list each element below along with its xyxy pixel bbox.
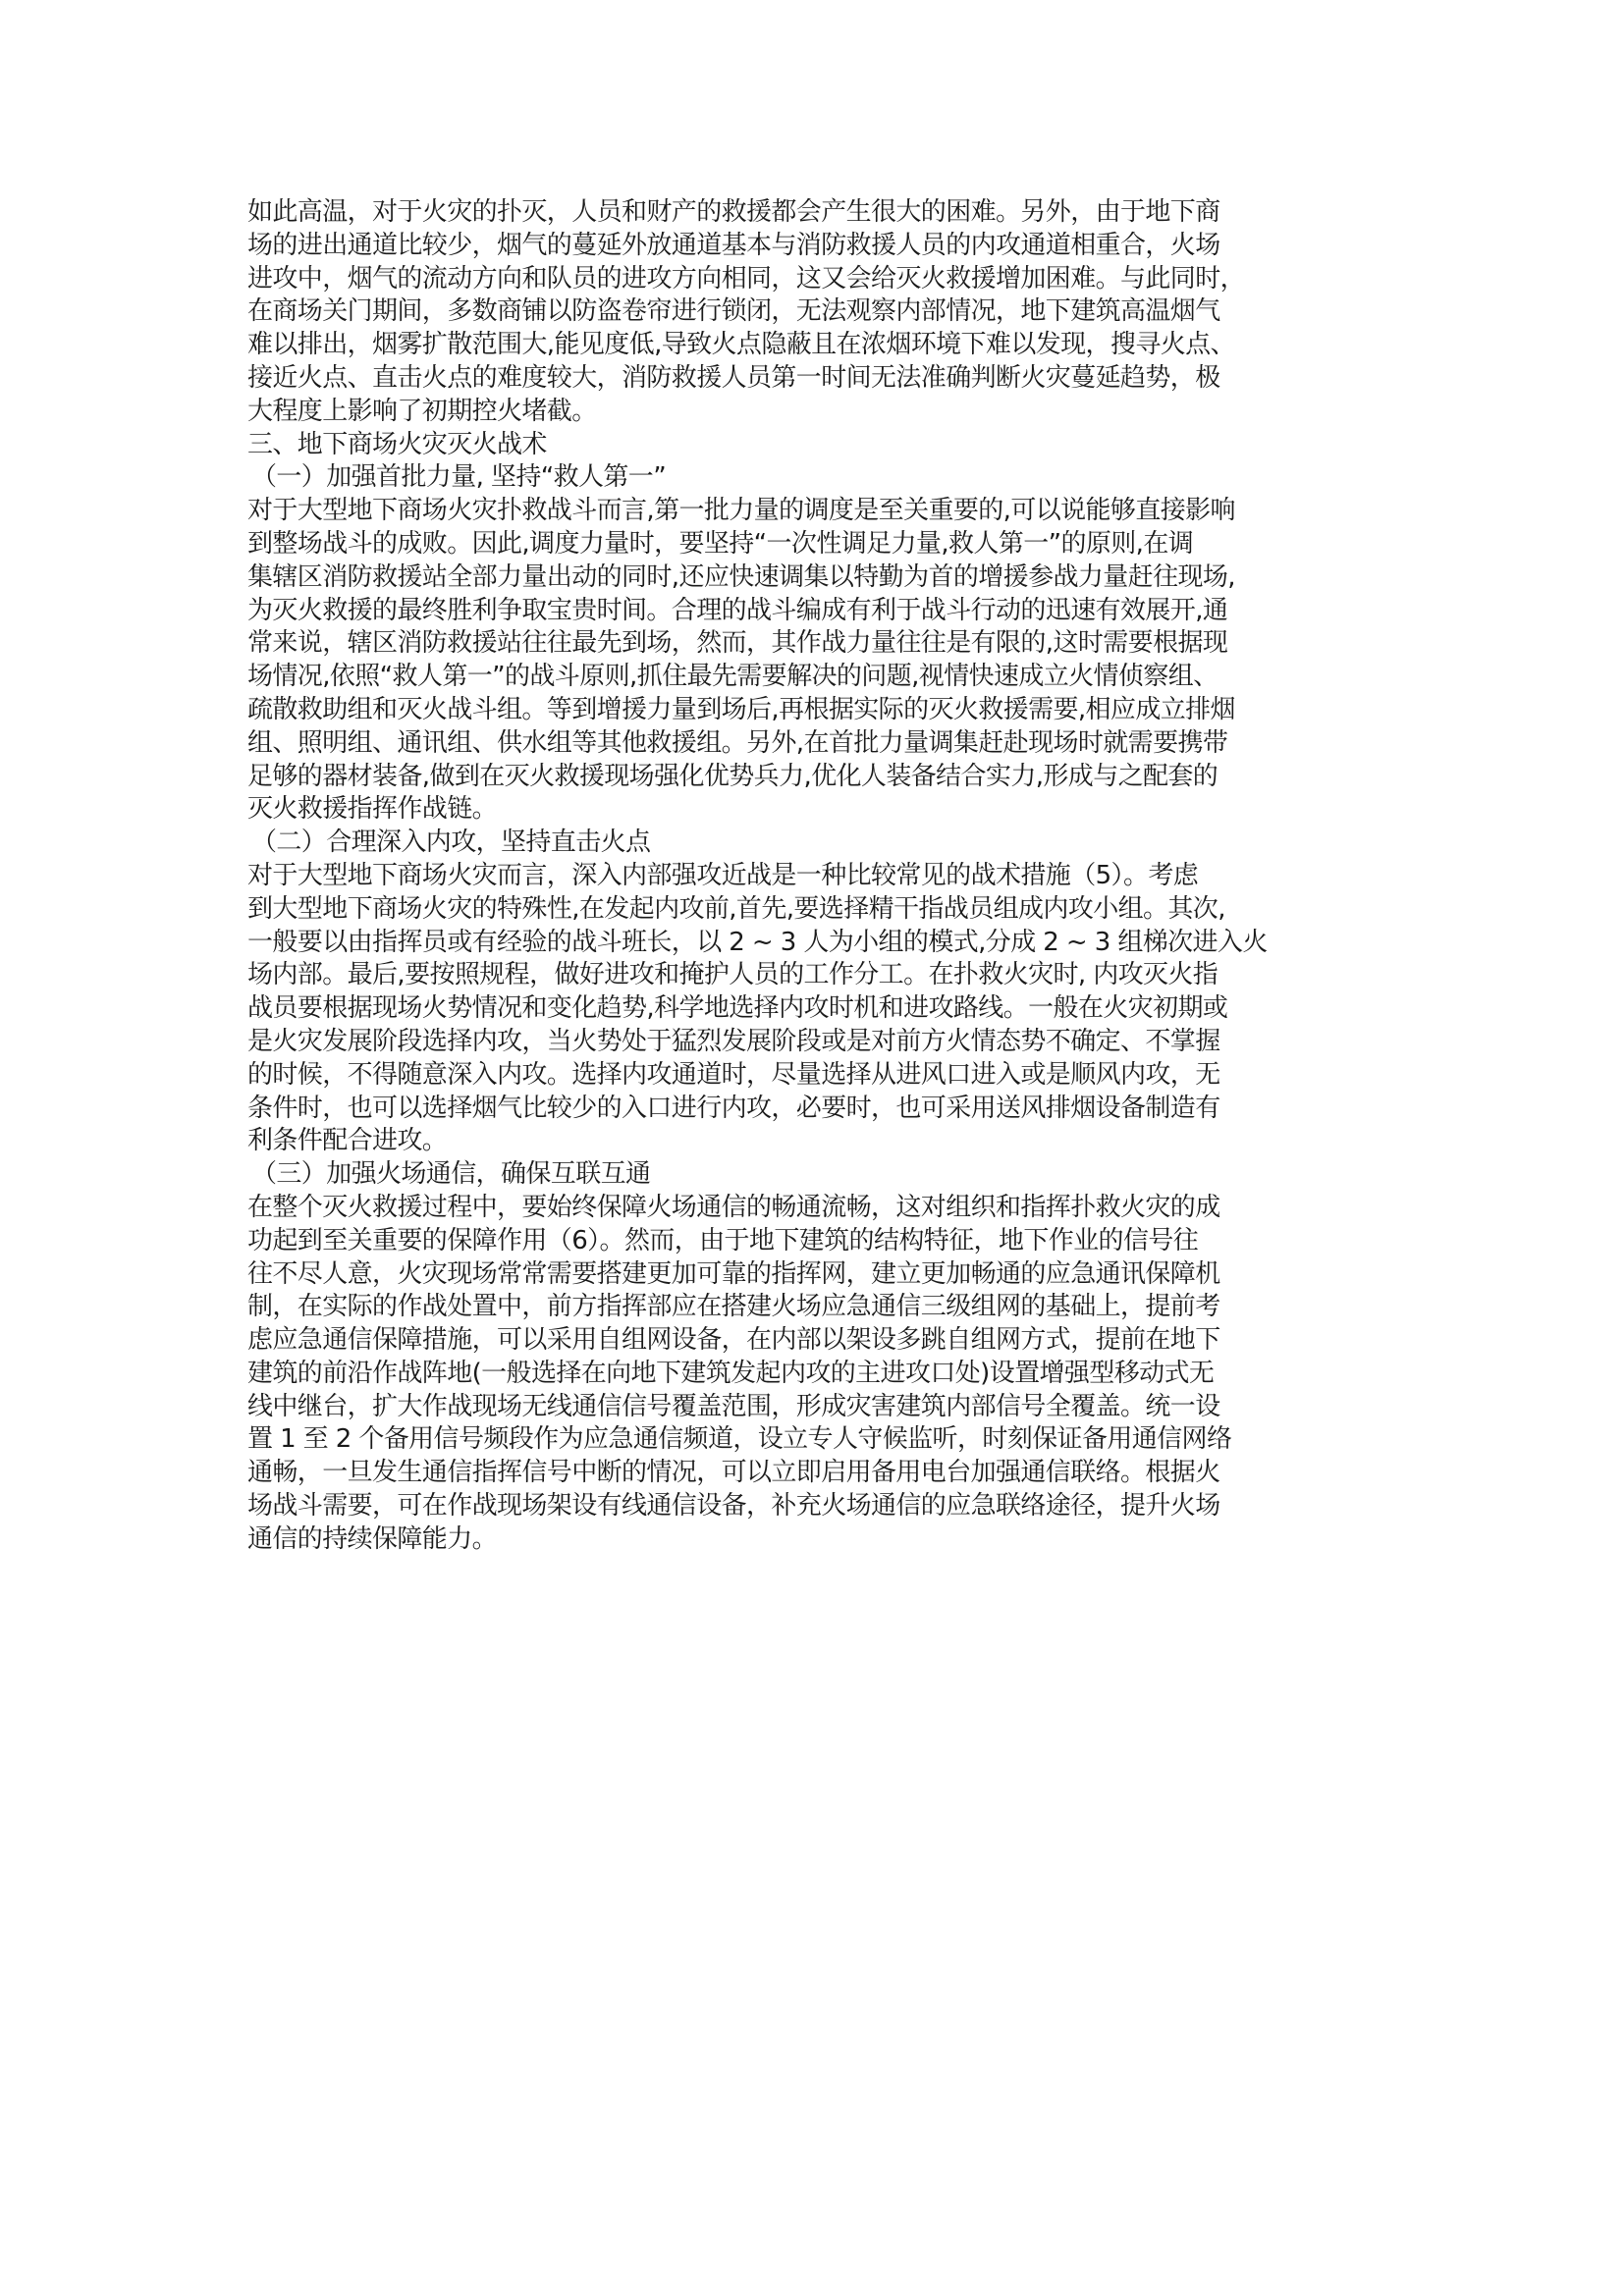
text-line: 功起到至关重要的保障作用（6）。然而，由于地下建筑的结构特征，地下作业的信号往 — [247, 1225, 1386, 1258]
document-page: 如此高温，对于火灾的扑灭，人员和财产的救援都会产生很大的困难。另外，由于地下商 … — [247, 196, 1386, 1557]
text-line: 制，在实际的作战处置中，前方指挥部应在搭建火场应急通信三级组网的基础上，提前考 — [247, 1291, 1386, 1324]
section-heading: 三、地下商场火灾灭火战术 — [247, 429, 1386, 462]
text-line: 通畅，一旦发生通信指挥信号中断的情况，可以立即启用备用电台加强通信联络。根据火 — [247, 1457, 1386, 1490]
subsection-heading-3: （三）加强火场通信，确保互联互通 — [247, 1158, 1386, 1192]
text-line: 建筑的前沿作战阵地(一般选择在向地下建筑发起内攻的主进攻口处)设置增强型移动式无 — [247, 1358, 1386, 1391]
text-line: 条件时，也可以选择烟气比较少的入口进行内攻，必要时，也可采用送风排烟设备制造有 — [247, 1093, 1386, 1126]
subsection-heading-2: （二）合理深入内攻，坚持直击火点 — [247, 827, 1386, 860]
text-line: 线中继台，扩大作战现场无线通信信号覆盖范围，形成灾害建筑内部信号全覆盖。统一设 — [247, 1391, 1386, 1424]
text-line: 战员要根据现场火势情况和变化趋势,科学地选择内攻时机和进攻路线。一般在火灾初期或 — [247, 992, 1386, 1026]
text-line: 的时候，不得随意深入内攻。选择内攻通道时，尽量选择从进风口进入或是顺风内攻，无 — [247, 1059, 1386, 1093]
text-line: 常来说，辖区消防救援站往往最先到场，然而，其作战力量往往是有限的,这时需要根据现 — [247, 627, 1386, 661]
text-line: 到大型地下商场火灾的特殊性,在发起内攻前,首先,要选择精干指战员组成内攻小组。其… — [247, 893, 1386, 927]
text-line: 往不尽人意，火灾现场常常需要搭建更加可靠的指挥网，建立更加畅通的应急通讯保障机 — [247, 1258, 1386, 1292]
text-line: 场情况,依照“救人第一”的战斗原则,抓住最先需要解决的问题,视情快速成立火情侦察… — [247, 661, 1386, 694]
text-line: 场内部。最后,要按照规程，做好进攻和掩护人员的工作分工。在扑救火灾时, 内攻灭火… — [247, 959, 1386, 992]
text-line: 进攻中，烟气的流动方向和队员的进攻方向相同，这又会给灭火救援增加困难。与此同时， — [247, 263, 1386, 296]
paragraph-first-force: 对于大型地下商场火灾扑救战斗而言,第一批力量的调度是至关重要的,可以说能够直接影… — [247, 495, 1386, 827]
text-line: 对于大型地下商场火灾而言，深入内部强攻近战是一种比较常见的战术措施（5）。考虑 — [247, 860, 1386, 893]
text-line: 场的进出通道比较少，烟气的蔓延外放通道基本与消防救援人员的内攻通道相重合，火场 — [247, 230, 1386, 263]
text-line: 在整个灭火救援过程中，要始终保障火场通信的畅通流畅，这对组织和指挥扑救火灾的成 — [247, 1192, 1386, 1225]
paragraph-communications: 在整个灭火救援过程中，要始终保障火场通信的畅通流畅，这对组织和指挥扑救火灾的成 … — [247, 1192, 1386, 1557]
text-line: 组、照明组、通讯组、供水组等其他救援组。另外,在首批力量调集赶赴现场时就需要携带 — [247, 727, 1386, 761]
text-line: 场战斗需要，可在作战现场架设有线通信设备，补充火场通信的应急联络途径，提升火场 — [247, 1490, 1386, 1523]
paragraph-intro-continuation: 如此高温，对于火灾的扑灭，人员和财产的救援都会产生很大的困难。另外，由于地下商 … — [247, 196, 1386, 429]
text-line: 利条件配合进攻。 — [247, 1125, 1386, 1158]
text-line: 疏散救助组和灭火战斗组。等到增援力量到场后,再根据实际的灭火救援需要,相应成立排… — [247, 694, 1386, 727]
text-line: 接近火点、直击火点的难度较大，消防救援人员第一时间无法准确判断火灾蔓延趋势，极 — [247, 362, 1386, 396]
text-line: 一般要以由指挥员或有经验的战斗班长，以 2 ~ 3 人为小组的模式,分成 2 ~… — [247, 927, 1386, 960]
text-line: 足够的器材装备,做到在灭火救援现场强化优势兵力,优化人装备结合实力,形成与之配套… — [247, 761, 1386, 794]
text-line: 难以排出，烟雾扩散范围大,能见度低,导致火点隐蔽且在浓烟环境下难以发现，搜寻火点… — [247, 329, 1386, 362]
text-line: 是火灾发展阶段选择内攻，当火势处于猛烈发展阶段或是对前方火情态势不确定、不掌握 — [247, 1026, 1386, 1059]
text-line: 大程度上影响了初期控火堵截。 — [247, 396, 1386, 429]
text-line: 到整场战斗的成败。因此,调度力量时，要坚持“一次性调足力量,救人第一”的原则,在… — [247, 528, 1386, 561]
text-line: 如此高温，对于火灾的扑灭，人员和财产的救援都会产生很大的困难。另外，由于地下商 — [247, 196, 1386, 230]
text-line: 灭火救援指挥作战链。 — [247, 793, 1386, 827]
text-line: 集辖区消防救援站全部力量出动的同时,还应快速调集以特勤为首的增援参战力量赶往现场… — [247, 561, 1386, 595]
paragraph-interior-attack: 对于大型地下商场火灾而言，深入内部强攻近战是一种比较常见的战术措施（5）。考虑 … — [247, 860, 1386, 1158]
text-line: 通信的持续保障能力。 — [247, 1523, 1386, 1557]
subsection-heading-1: （一）加强首批力量, 坚持“救人第一” — [247, 461, 1386, 495]
text-line: 置 1 至 2 个备用信号频段作为应急通信频道，设立专人守候监听，时刻保证备用通… — [247, 1423, 1386, 1457]
text-line: 虑应急通信保障措施，可以采用自组网设备，在内部以架设多跳自组网方式，提前在地下 — [247, 1324, 1386, 1358]
text-line: 在商场关门期间，多数商铺以防盗卷帘进行锁闭，无法观察内部情况，地下建筑高温烟气 — [247, 295, 1386, 329]
text-line: 对于大型地下商场火灾扑救战斗而言,第一批力量的调度是至关重要的,可以说能够直接影… — [247, 495, 1386, 528]
text-line: 为灭火救援的最终胜利争取宝贵时间。合理的战斗编成有利于战斗行动的迅速有效展开,通 — [247, 595, 1386, 628]
